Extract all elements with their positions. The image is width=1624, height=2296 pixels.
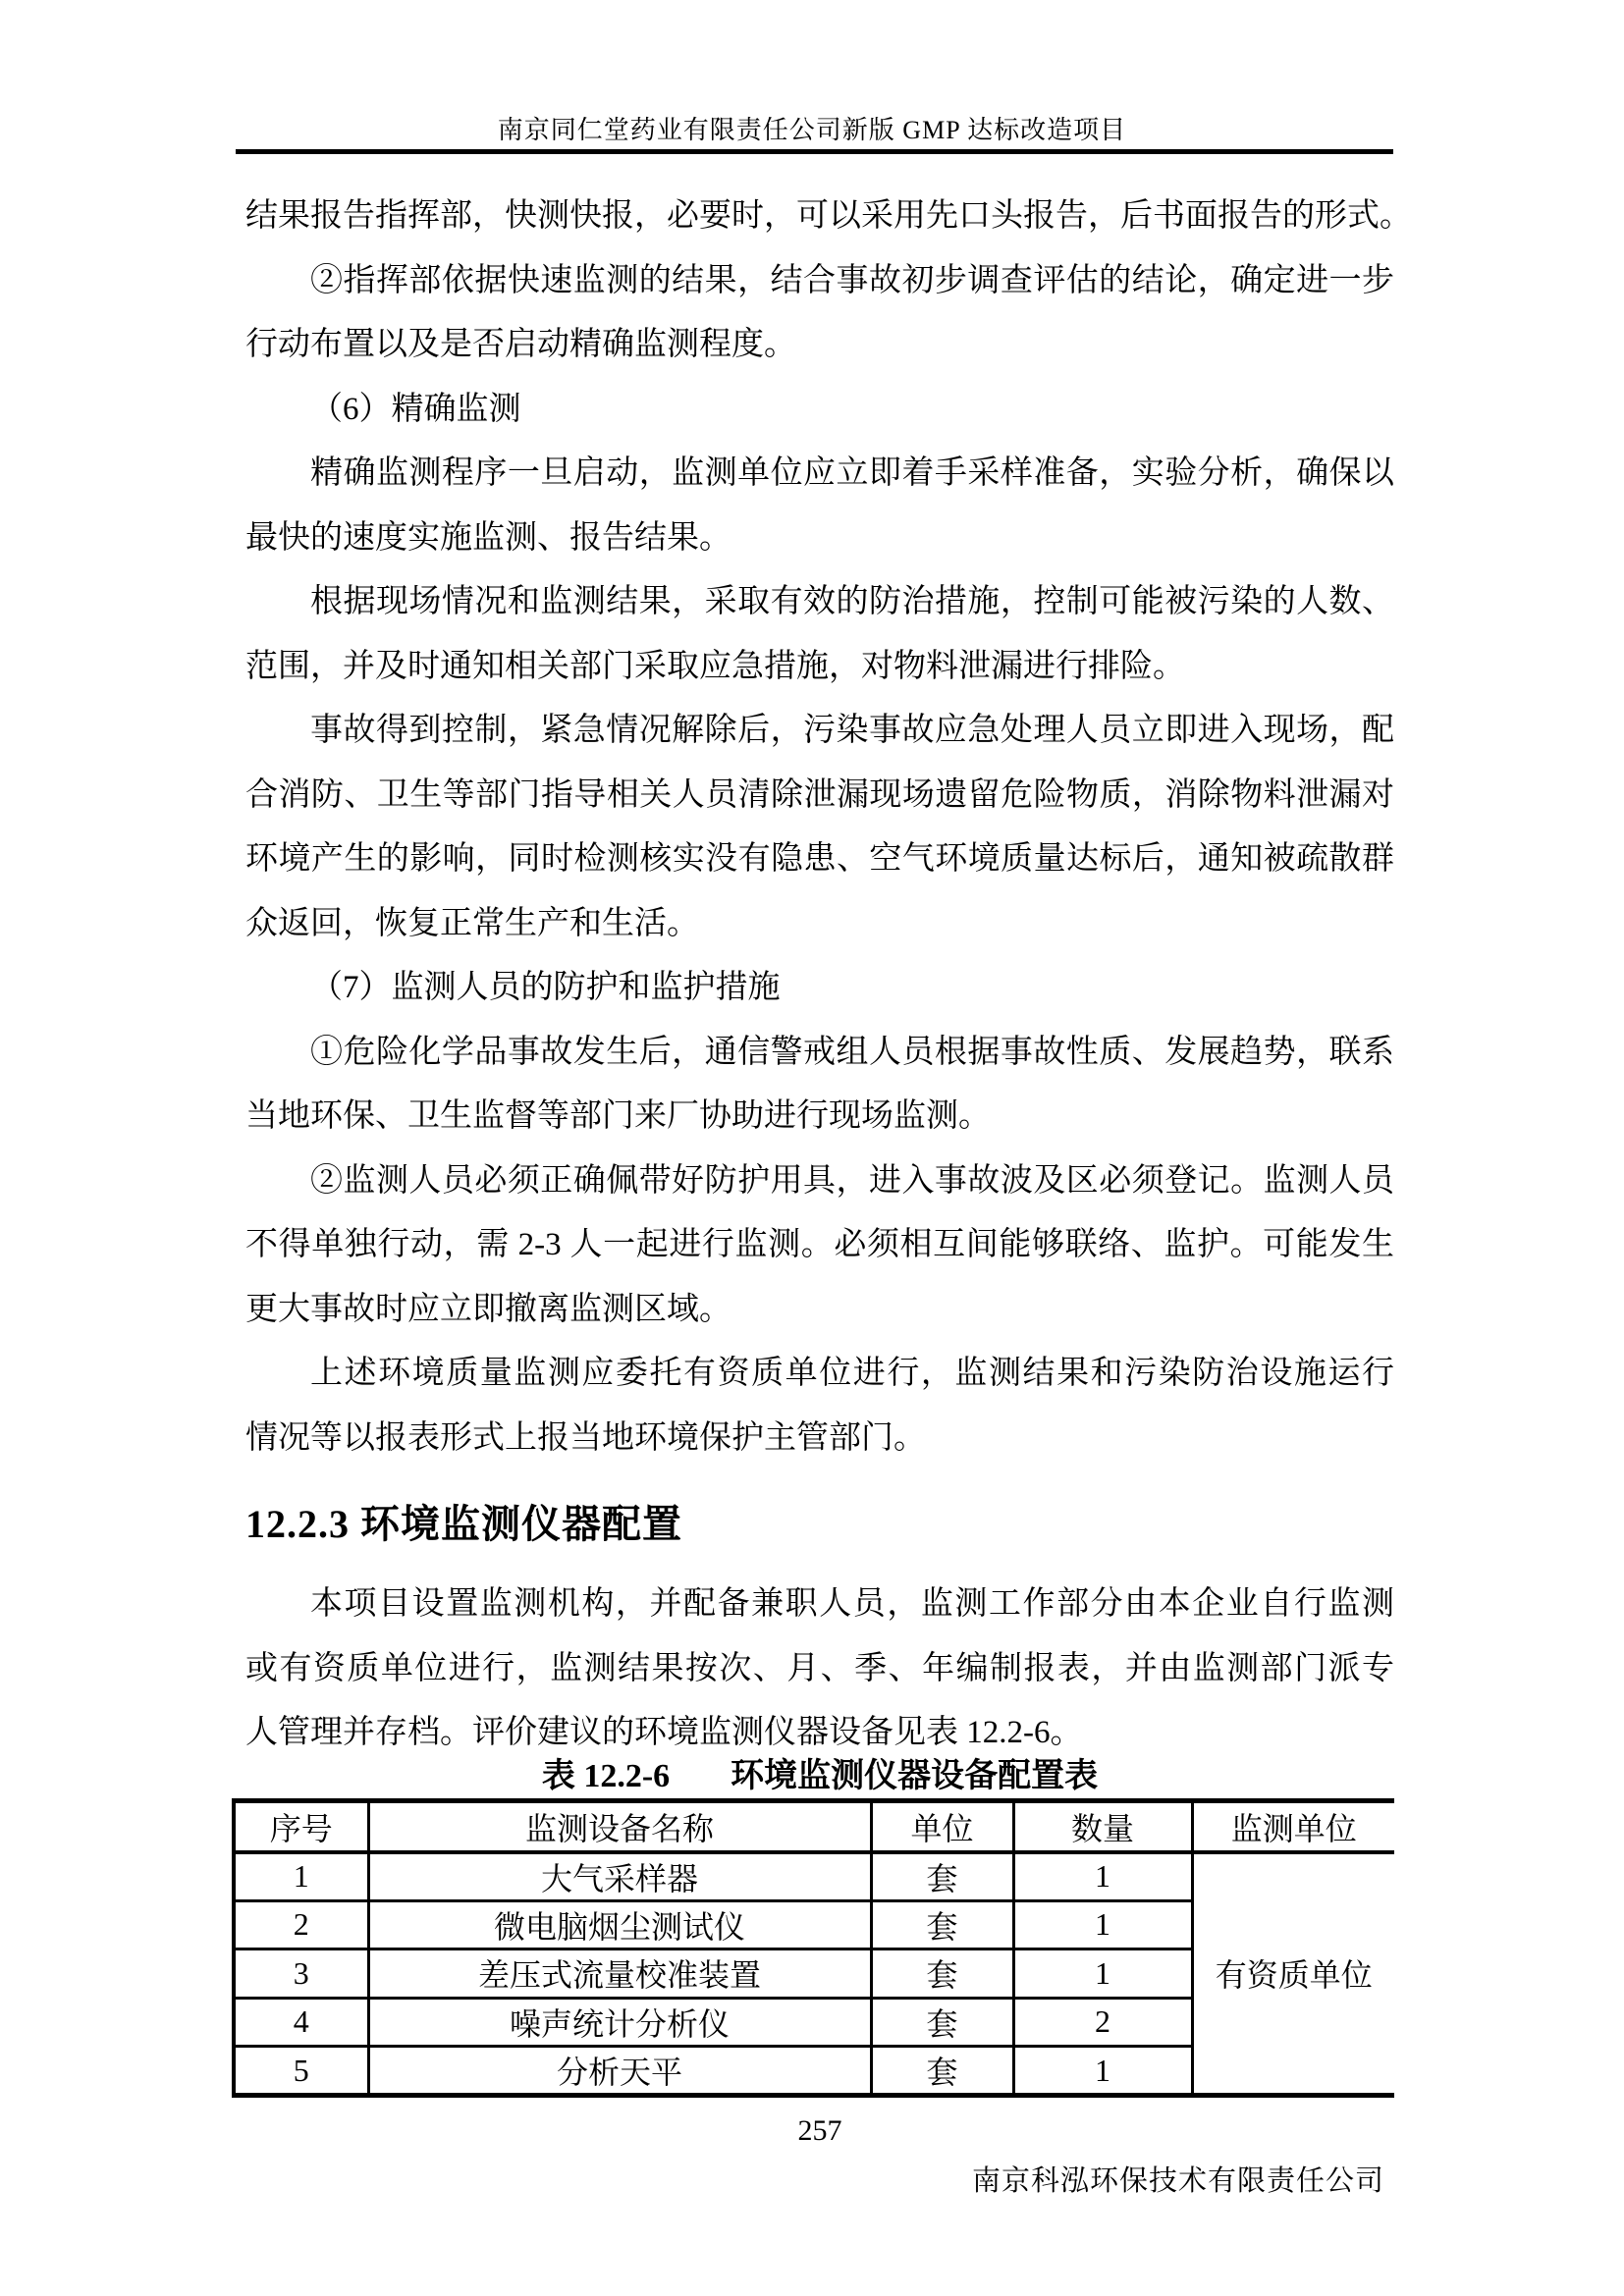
table-header-cell: 监测单位 — [1192, 1801, 1394, 1852]
table-cell: 微电脑烟尘测试仪 — [368, 1900, 871, 1949]
table-cell: 套 — [871, 1998, 1013, 2047]
body-line: 最快的速度实施监测、报告结果。 — [245, 507, 1394, 571]
body-line: （7）监测人员的防护和监护措施 — [245, 956, 1394, 1021]
table-body: 1大气采样器套1有资质单位2微电脑烟尘测试仪套13差压式流量校准装置套14噪声统… — [234, 1852, 1394, 2096]
body-line: 或有资质单位进行，监测结果按次、月、季、年编制报表，并由监测部门派专 — [245, 1637, 1394, 1702]
table-cell: 套 — [871, 2047, 1013, 2096]
table-cell: 2 — [1013, 1998, 1192, 2047]
body-line: 根据现场情况和监测结果，采取有效的防治措施，控制可能被污染的人数、 — [245, 570, 1394, 635]
body-paragraph-block-2: 本项目设置监测机构，并配备兼职人员，监测工作部分由本企业自行监测或有资质单位进行… — [245, 1573, 1394, 1766]
table-header-cell: 监测设备名称 — [368, 1801, 871, 1852]
table-cell: 1 — [1013, 1852, 1192, 1901]
page-number: 257 — [245, 2112, 1394, 2150]
body-line: ②监测人员必须正确佩带好防护用具，进入事故波及区必须登记。监测人员 — [245, 1149, 1394, 1214]
table-header-cell: 序号 — [234, 1801, 368, 1852]
body-paragraph-block-1: 结果报告指挥部，快测快报，必要时，可以采用先口头报告，后书面报告的形式。②指挥部… — [245, 185, 1394, 1470]
section-heading: 12.2.3 环境监测仪器配置 — [245, 1494, 1394, 1555]
table-header-cell: 数量 — [1013, 1801, 1192, 1852]
body-line: 精确监测程序一旦启动，监测单位应立即着手采样准备，实验分析，确保以 — [245, 442, 1394, 507]
table-cell: 4 — [234, 1998, 368, 2047]
body-line: 情况等以报表形式上报当地环境保护主管部门。 — [245, 1407, 1394, 1471]
table-cell: 1 — [1013, 1949, 1192, 1999]
monitoring-equipment-table: 序号监测设备名称单位数量监测单位 1大气采样器套1有资质单位2微电脑烟尘测试仪套… — [232, 1798, 1394, 2098]
table-cell-monitor-unit-merged: 有资质单位 — [1192, 1852, 1394, 2096]
body-line: ①危险化学品事故发生后，通信警戒组人员根据事故性质、发展趋势，联系 — [245, 1021, 1394, 1086]
table-caption: 表 12.2-6环境监测仪器设备配置表 — [245, 1755, 1394, 1798]
body-line: 范围，并及时通知相关部门采取应急措施，对物料泄漏进行排险。 — [245, 635, 1394, 700]
body-line: 环境产生的影响，同时检测核实没有隐患、空气环境质量达标后，通知被疏散群 — [245, 828, 1394, 892]
table-cell: 套 — [871, 1900, 1013, 1949]
footer-company-name: 南京科泓环保技术有限责任公司 — [972, 2163, 1384, 2200]
table-header-cell: 单位 — [871, 1801, 1013, 1852]
table-cell: 3 — [234, 1949, 368, 1999]
body-line: 众返回，恢复正常生产和生活。 — [245, 892, 1394, 957]
table-cell: 1 — [1013, 2047, 1192, 2096]
table-cell: 1 — [234, 1852, 368, 1901]
table-cell: 分析天平 — [368, 2047, 871, 2096]
header-divider-rule — [236, 149, 1393, 154]
body-line: 上述环境质量监测应委托有资质单位进行，监测结果和污染防治设施运行 — [245, 1342, 1394, 1407]
document-page: 南京同仁堂药业有限责任公司新版 GMP 达标改造项目 结果报告指挥部，快测快报，… — [0, 0, 1624, 2296]
body-line: 本项目设置监测机构，并配备兼职人员，监测工作部分由本企业自行监测 — [245, 1573, 1394, 1637]
table-cell: 套 — [871, 1852, 1013, 1901]
body-line: 当地环保、卫生监督等部门来厂协助进行现场监测。 — [245, 1085, 1394, 1149]
body-line: 更大事故时应立即撤离监测区域。 — [245, 1278, 1394, 1343]
table-caption-title: 环境监测仪器设备配置表 — [731, 1758, 1098, 1794]
table-cell: 噪声统计分析仪 — [368, 1998, 871, 2047]
table-cell: 套 — [871, 1949, 1013, 1999]
table-row: 1大气采样器套1有资质单位 — [234, 1852, 1394, 1901]
table-cell: 2 — [234, 1900, 368, 1949]
table-caption-label: 表 12.2-6 — [542, 1758, 670, 1794]
body-line: 不得单独行动，需 2-3 人一起进行监测。必须相互间能够联络、监护。可能发生 — [245, 1213, 1394, 1278]
body-line: 行动布置以及是否启动精确监测程度。 — [245, 313, 1394, 378]
body-line: （6）精确监测 — [245, 378, 1394, 443]
page-header-title: 南京同仁堂药业有限责任公司新版 GMP 达标改造项目 — [0, 114, 1624, 147]
table-cell: 大气采样器 — [368, 1852, 871, 1901]
body-line: 事故得到控制，紧急情况解除后，污染事故应急处理人员立即进入现场，配 — [245, 699, 1394, 764]
body-line: 合消防、卫生等部门指导相关人员清除泄漏现场遗留危险物质，消除物料泄漏对 — [245, 764, 1394, 828]
table-cell: 1 — [1013, 1900, 1192, 1949]
table-cell: 差压式流量校准装置 — [368, 1949, 871, 1999]
body-line: ②指挥部依据快速监测的结果，结合事故初步调查评估的结论，确定进一步 — [245, 249, 1394, 314]
table-header-row: 序号监测设备名称单位数量监测单位 — [234, 1801, 1394, 1852]
body-line: 结果报告指挥部，快测快报，必要时，可以采用先口头报告，后书面报告的形式。 — [245, 185, 1394, 249]
table-cell: 5 — [234, 2047, 368, 2096]
